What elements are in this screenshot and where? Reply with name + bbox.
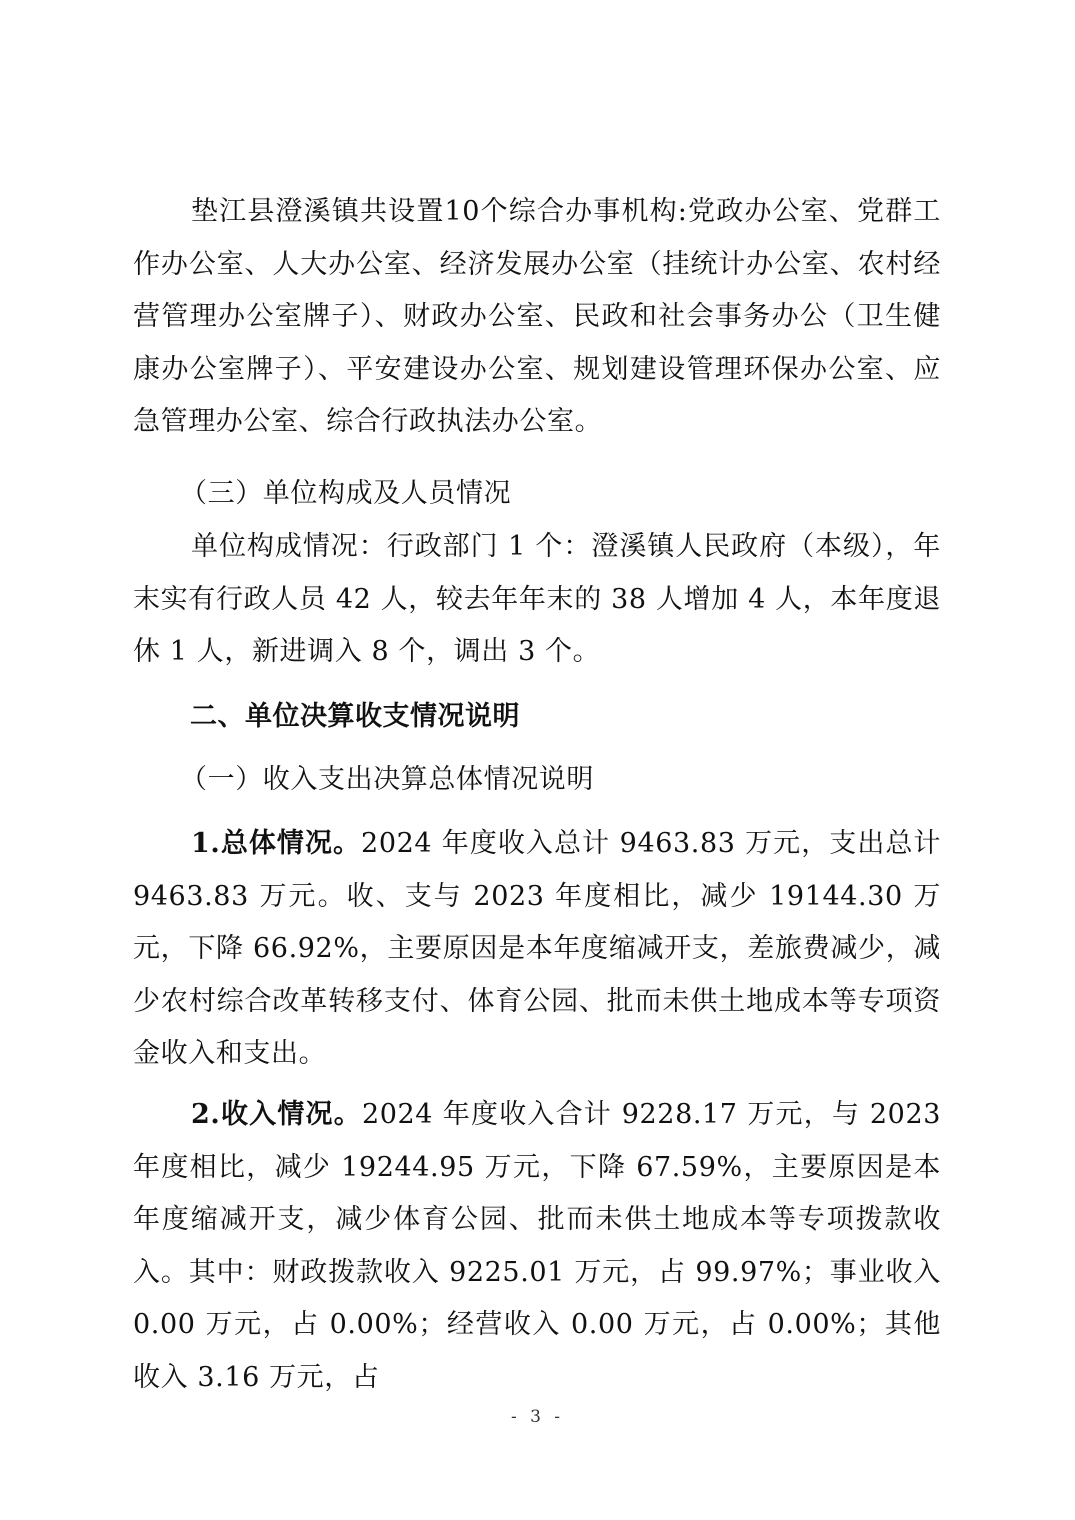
income-paragraph: 2.收入情况。2024 年度收入合计 9228.17 万元，与 2023 年度相… xyxy=(133,1089,941,1404)
document-page: 垫江县澄溪镇共设置10个综合办事机构:党政办公室、党群工作办公室、人大办公室、经… xyxy=(0,0,1075,1520)
overall-paragraph: 1.总体情况。2024 年度收入总计 9463.83 万元，支出总计 9463.… xyxy=(133,818,941,1081)
section-3-heading: （三）单位构成及人员情况 xyxy=(180,468,511,520)
composition-paragraph: 单位构成情况：行政部门 1 个：澄溪镇人民政府（本级），年末实有行政人员 42 … xyxy=(133,521,941,679)
income-label: 2.收入情况。 xyxy=(191,1099,362,1130)
page-number: - 3 - xyxy=(0,1407,1075,1427)
income-text: 2024 年度收入合计 9228.17 万元，与 2023 年度相比，减少 19… xyxy=(133,1099,941,1393)
chapter-2-heading: 二、单位决算收支情况说明 xyxy=(190,691,520,743)
institutions-paragraph: 垫江县澄溪镇共设置10个综合办事机构:党政办公室、党群工作办公室、人大办公室、经… xyxy=(133,186,941,449)
overall-text: 2024 年度收入总计 9463.83 万元，支出总计 9463.83 万元。收… xyxy=(133,828,941,1069)
overall-label: 1.总体情况。 xyxy=(191,828,361,859)
section-1-heading: （一）收入支出决算总体情况说明 xyxy=(180,754,594,806)
